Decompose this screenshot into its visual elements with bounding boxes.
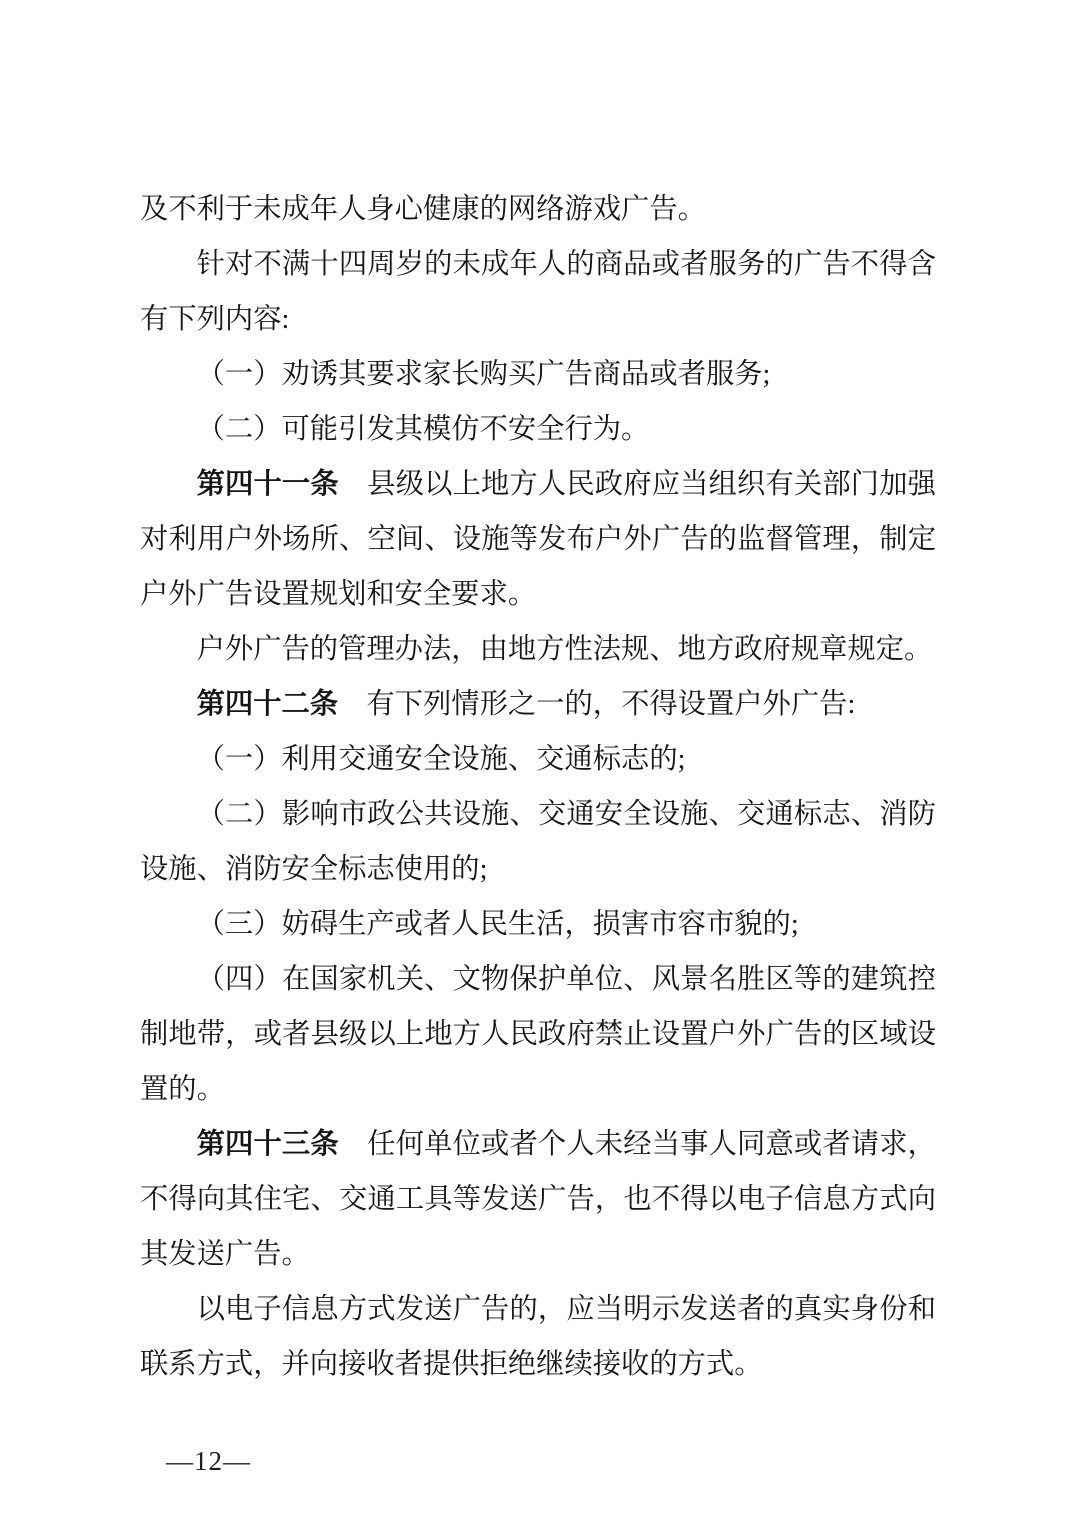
paragraph-text: （一）利用交通安全设施、交通标志的;: [197, 744, 686, 775]
article-42-paragraph: 第四十二条 有下列情形之一的，不得设置户外广告:: [140, 677, 936, 732]
minors-item-1: （一）劝诱其要求家长购买广告商品或者服务;: [140, 347, 936, 402]
article-43-paragraph: 第四十三条 任何单位或者个人未经当事人同意或者请求，不得向其住宅、交通工具等发送…: [140, 1117, 936, 1282]
paragraph-text: （三）妨碍生产或者人民生活，损害市容市貌的;: [197, 909, 799, 940]
document-page: 及不利于未成年人身心健康的网络游戏广告。 针对不满十四周岁的未成年人的商品或者服…: [0, 0, 1074, 1520]
paragraph-text: 户外广告的管理办法，由地方性法规、地方政府规章规定。: [197, 634, 933, 665]
article-41-number: 第四十一条: [197, 469, 339, 500]
minors-item-2: （二）可能引发其模仿不安全行为。: [140, 402, 936, 457]
document-body: 及不利于未成年人身心健康的网络游戏广告。 针对不满十四周岁的未成年人的商品或者服…: [140, 182, 936, 1392]
paragraph-continuation: 及不利于未成年人身心健康的网络游戏广告。: [140, 182, 936, 237]
paragraph-text: 针对不满十四周岁的未成年人的商品或者服务的广告不得含有下列内容:: [140, 249, 936, 335]
article-42-item-2: （二）影响市政公共设施、交通安全设施、交通标志、消防设施、消防安全标志使用的;: [140, 787, 936, 897]
article-42-item-4: （四）在国家机关、文物保护单位、风景名胜区等的建筑控制地带，或者县级以上地方人民…: [140, 952, 936, 1117]
article-42-number: 第四十二条: [197, 689, 339, 720]
article-42-item-3: （三）妨碍生产或者人民生活，损害市容市貌的;: [140, 897, 936, 952]
article-43-number: 第四十三条: [197, 1129, 339, 1160]
paragraph-minors-intro: 针对不满十四周岁的未成年人的商品或者服务的广告不得含有下列内容:: [140, 237, 936, 347]
paragraph-text: （二）影响市政公共设施、交通安全设施、交通标志、消防设施、消防安全标志使用的;: [140, 799, 936, 885]
paragraph-electronic-info: 以电子信息方式发送广告的，应当明示发送者的真实身份和联系方式，并向接收者提供拒绝…: [140, 1282, 936, 1392]
paragraph-text: （一）劝诱其要求家长购买广告商品或者服务;: [197, 359, 771, 390]
paragraph-text: （四）在国家机关、文物保护单位、风景名胜区等的建筑控制地带，或者县级以上地方人民…: [140, 964, 936, 1105]
paragraph-text: 以电子信息方式发送广告的，应当明示发送者的真实身份和联系方式，并向接收者提供拒绝…: [140, 1294, 936, 1380]
paragraph-text: 及不利于未成年人身心健康的网络游戏广告。: [140, 194, 706, 225]
paragraph-outdoor-measures: 户外广告的管理办法，由地方性法规、地方政府规章规定。: [140, 622, 936, 677]
page-footer: —12—: [166, 1446, 251, 1477]
paragraph-text: （二）可能引发其模仿不安全行为。: [197, 414, 650, 445]
paragraph-text: 有下列情形之一的，不得设置户外广告:: [338, 689, 855, 720]
page-number: —12—: [166, 1446, 251, 1476]
article-41-paragraph: 第四十一条 县级以上地方人民政府应当组织有关部门加强对利用户外场所、空间、设施等…: [140, 457, 936, 622]
article-42-item-1: （一）利用交通安全设施、交通标志的;: [140, 732, 936, 787]
